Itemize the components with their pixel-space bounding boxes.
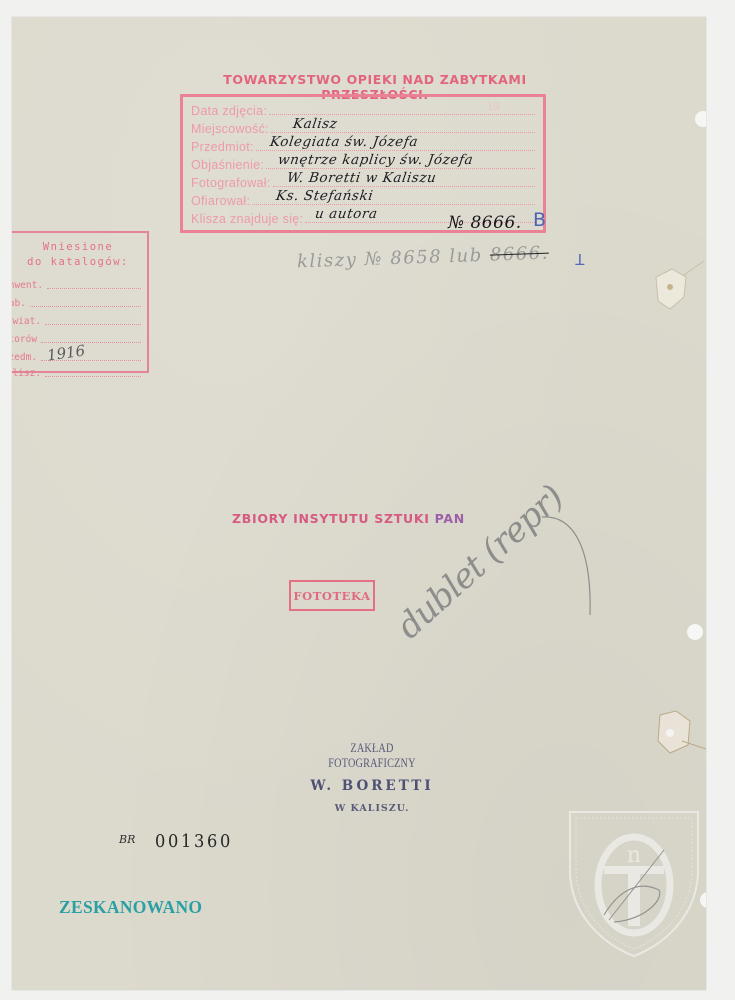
catalog-stamp: Wniesione do katalogów: Inwent. Fab. Pow… (12, 231, 149, 373)
form-label: Miejscowość: (191, 122, 269, 136)
negative-letter-blue: B (533, 209, 546, 231)
paper-damage (652, 705, 706, 765)
form-label: Przedmiot: (191, 140, 254, 154)
paper-damage (650, 257, 706, 317)
photographer-stamp: ZAKŁAD FOTOGRAFICZNY W. BORETTI W KALISZ… (292, 741, 452, 814)
handwritten-value: Kolegiata św. Józefa (269, 134, 419, 150)
form-label: Klisza znajduje się: (191, 212, 303, 226)
form-label: Fotografował: (191, 176, 271, 190)
handwritten-value: Kalisz (292, 116, 339, 132)
institute-shield-monogram-icon: n (564, 800, 704, 960)
handwritten-value: wnętrze kaplicy św. Józefa (277, 152, 474, 168)
date-year-prefix: 19 (487, 101, 499, 113)
negative-number: № 8666. (448, 213, 522, 233)
form-label: Data zdjęcia: (191, 104, 267, 118)
form-label: Ofiarował: (191, 194, 250, 208)
blue-pencil-mark: T (575, 249, 585, 267)
svg-text:n: n (627, 843, 641, 868)
fototeka-stamp: FOTOTEKA (289, 580, 375, 611)
catalog-row: Inwent. (12, 278, 141, 291)
form-row-date: Data zdjęcia: 19 (191, 101, 535, 118)
struck-number: 8666. (490, 243, 550, 266)
archival-card: TOWARZYSTWO OPIEKI NAD ZABYTKAMI PRZESZŁ… (12, 17, 706, 990)
inventory-number: 001360 (155, 831, 233, 852)
catalog-row: Powiat. (12, 314, 141, 327)
pencil-plate-note: kliszy № 8658 lub 8666. (297, 243, 550, 273)
form-label: Objaśnienie: (191, 158, 264, 172)
punch-hole (695, 111, 706, 127)
inventory-prefix: BR (119, 833, 135, 846)
punch-hole (687, 624, 703, 640)
catalog-row: Fab. (12, 296, 141, 309)
handwritten-value: W. Boretti w Kaliszu (286, 170, 438, 186)
collections-stamp: ZBIORY INSYTUTU SZTUKI PAN (232, 511, 465, 526)
handwritten-value: Ks. Stefański (275, 188, 374, 204)
handwritten-year: 1916 (46, 341, 86, 364)
scanned-stamp: ZESKANOWANO (59, 897, 202, 918)
catalog-row: Kilisz. (12, 366, 141, 379)
pencil-bracket-stroke (532, 515, 602, 625)
handwritten-value: u autora (314, 206, 379, 222)
catalog-row: Przedm. 1916 (12, 350, 141, 363)
catalog-stamp-title: Wniesione do katalogów: (12, 240, 147, 270)
